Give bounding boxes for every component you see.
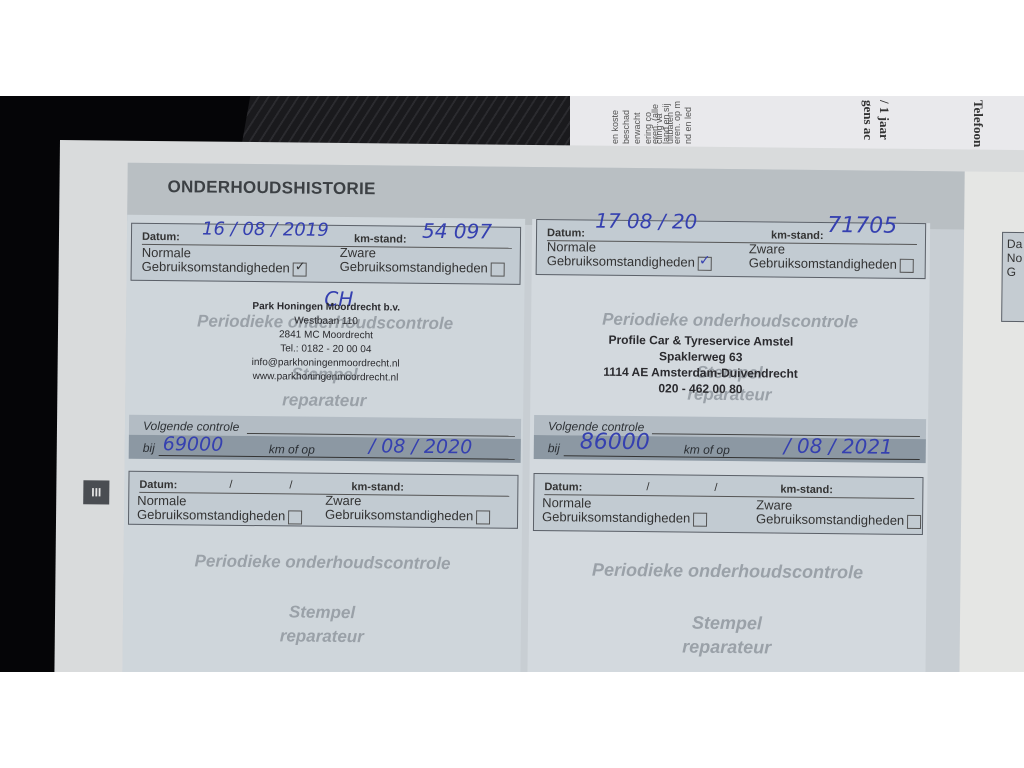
entry-4-zware-checkbox[interactable] xyxy=(907,514,921,528)
entry-1-volgende-controle: Volgende controle bij 69000 km of op / 0… xyxy=(129,415,521,463)
entry-1-zware-checkbox[interactable] xyxy=(491,262,505,276)
entry-2-volgende-controle: Volgende controle bij 86000 km of op / 0… xyxy=(534,415,926,463)
entry-3-box: Datum: / / km-stand: Normale Gebruiksoms… xyxy=(128,471,519,529)
section-tab-icon: III xyxy=(83,480,109,504)
entry-1-volgende-km[interactable]: 69000 xyxy=(163,433,224,456)
entry-3-zware-checkbox[interactable] xyxy=(476,510,490,524)
entry-2-zware-checkbox[interactable] xyxy=(900,258,914,272)
paper-text-3: Telefoon xyxy=(970,100,986,147)
entry-4-box: Datum: / / km-stand: Normale Gebruiksoms… xyxy=(533,473,924,535)
entry-1-datum[interactable]: 16 / 08 / 2019 xyxy=(202,218,329,240)
onderhoudshistorie-page: ONDERHOUDSHISTORIE Datum: km-stand: 16 /… xyxy=(122,163,965,672)
paper-text-2: / 1 jaar xyxy=(876,100,892,140)
page-title: ONDERHOUDSHISTORIE xyxy=(167,177,375,199)
paper-text-1: gens ac xyxy=(860,100,876,140)
entry-2-km-stand[interactable]: 71705 xyxy=(827,213,897,239)
entry-4-normale-checkbox[interactable] xyxy=(693,512,707,526)
entry-2-box: Datum: km-stand: 17 08 / 20 71705 Normal… xyxy=(536,219,927,279)
entry-1-garage-stamp: Park Honingen Moordrecht b.v. Westbaan 1… xyxy=(165,299,486,386)
entry-1-box: Datum: km-stand: 16 / 08 / 2019 54 097 N… xyxy=(131,223,522,285)
right-column: Datum: km-stand: 17 08 / 20 71705 Normal… xyxy=(527,219,930,672)
photo-frame: en koste beschad erwacht ering co cling … xyxy=(0,96,1024,672)
entry-2-volgende-km[interactable]: 86000 xyxy=(580,429,650,455)
entry-1-volgende-date[interactable]: / 08 / 2020 xyxy=(369,435,473,458)
left-column: Datum: km-stand: 16 / 08 / 2019 54 097 N… xyxy=(122,215,525,672)
entry-2-datum[interactable]: 17 08 / 20 xyxy=(595,209,697,234)
entry-2-garage-stamp: Profile Car & Tyreservice Amstel Spakler… xyxy=(560,331,841,398)
entry-2-normale-checkbox[interactable]: ✓ xyxy=(698,256,712,270)
entry-2-volgende-date[interactable]: / 08 / 2021 xyxy=(784,434,893,459)
next-page-partial: Da No G xyxy=(959,171,1024,672)
entry-3-normale-checkbox[interactable] xyxy=(288,510,302,524)
maintenance-booklet: III ONDERHOUDSHISTORIE Datum: km-stand: … xyxy=(54,140,1024,672)
entry-1-normale-checkbox[interactable]: ✓ xyxy=(293,262,307,276)
entry-1-km-stand[interactable]: 54 097 xyxy=(422,219,492,244)
